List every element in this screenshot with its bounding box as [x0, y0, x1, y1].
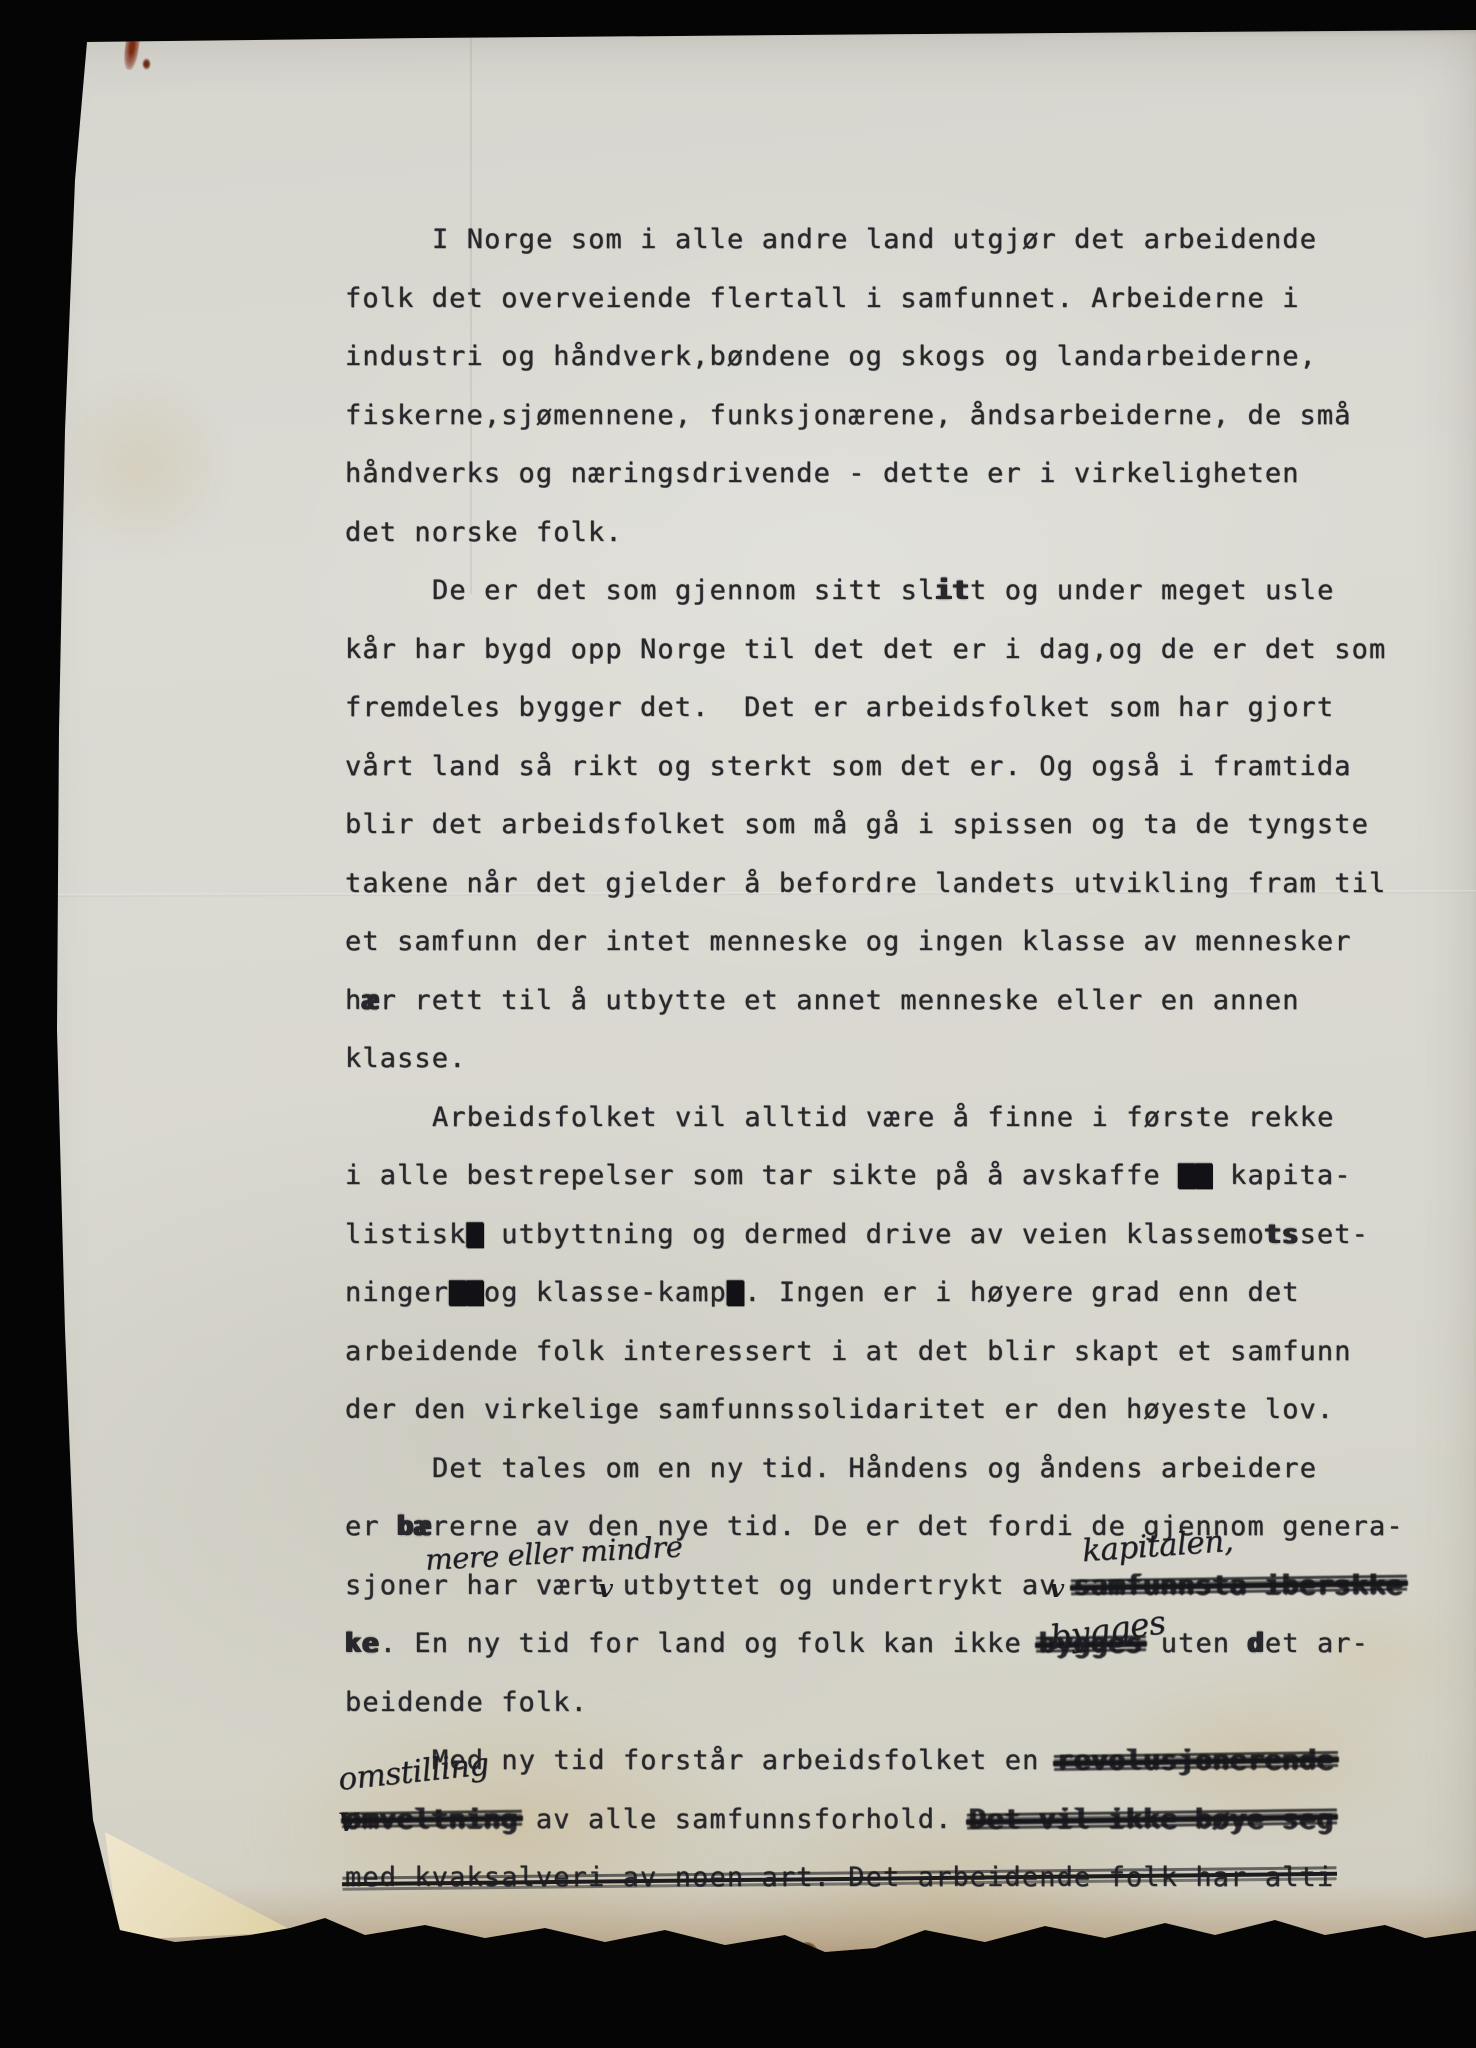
typed-segment: et ar- [1265, 1628, 1369, 1659]
typed-segment: blir det arbeidsfolket som må gå i spiss… [345, 809, 1369, 840]
typed-line: i alle bestrepelser som tar sikte på å a… [345, 1147, 1475, 1206]
typed-segment: fiskerne,sjømennene, funksjonærene, ånds… [345, 400, 1352, 431]
typed-line: der den virkelige samfunnssolidaritet er… [345, 1381, 1475, 1440]
typed-segment: fremdeles bygger det. Det er arbeidsfolk… [345, 692, 1334, 723]
typed-line: takene når det gjelder å befordre landet… [345, 855, 1475, 914]
typed-line: kår har bygd opp Norge til det det er i … [345, 621, 1475, 680]
typed-segment: De er det som gjennom sitt sl [432, 575, 935, 606]
typed-segment: utbyttning og dermed drive av veien klas… [484, 1219, 1265, 1250]
typed-segment: set- [1300, 1219, 1369, 1250]
typed-segment: . En ny tid for land og folk kan ikke [380, 1628, 1040, 1659]
typed-segment: sjoner har vært [345, 1570, 605, 1601]
paper-page: I Norge som i alle andre land utgjør det… [25, 30, 1476, 1980]
struck-sentence: med kvaksalveri av noen art. Det arbeide… [345, 1862, 1334, 1893]
ot-segment: ts [1265, 1219, 1300, 1250]
typed-segment: utbyttet og undertrykt av [605, 1570, 1056, 1601]
blot-segment: █ [727, 1271, 744, 1317]
illegible-struck-text: revolusjonerende [1057, 1745, 1335, 1776]
ot-segment: bæ [397, 1511, 432, 1542]
typed-segment: klasse. [345, 1043, 467, 1074]
struck-phrase: Det vil ikke bøye seg [970, 1804, 1334, 1835]
typed-line: Det tales om en ny tid. Håndens og ånden… [345, 1440, 1475, 1499]
typed-line: fremdeles bygger det. Det er arbeidsfolk… [345, 679, 1475, 738]
typed-line: det norske folk. [345, 504, 1475, 563]
paper-stain [45, 370, 235, 560]
typed-line: industri og håndverk,bøndene og skogs og… [345, 328, 1475, 387]
typed-segment: Det tales om en ny tid. Håndens og ånden… [432, 1453, 1317, 1484]
struck-word-omveltning: omveltning [345, 1804, 519, 1835]
typed-segment: er [345, 1511, 397, 1542]
typed-line: hær rett til å utbytte et annet menneske… [345, 972, 1475, 1031]
typed-segment: t og under meget usle [970, 575, 1334, 606]
typed-line: vårt land så rikt og sterkt som det er. … [345, 738, 1475, 797]
typed-line: klasse. [345, 1030, 1475, 1089]
typed-line: Vomveltning av alle samfunnsforhold. Det… [345, 1791, 1475, 1850]
red-ink-drip [142, 58, 151, 70]
blot-segment: █ [467, 1213, 484, 1259]
typed-segment: . Ingen er i høyere grad enn det [744, 1277, 1299, 1308]
torn-corner-fold [103, 1828, 298, 1943]
typed-text: I Norge som i alle andre land utgjør det… [345, 211, 1475, 1908]
typed-line: med kvaksalveri av noen art. Det arbeide… [345, 1849, 1475, 1908]
typed-segment: industri og håndverk,bøndene og skogs og… [345, 341, 1317, 372]
illegible-struck-text: samfunnsta iberskke [1074, 1570, 1404, 1601]
typed-segment: av alle samfunnsforhold. [519, 1804, 970, 1835]
typed-segment: kår har bygd opp Norge til det det er i … [345, 634, 1386, 665]
typed-segment: der den virkelige samfunnssolidaritet er… [345, 1394, 1334, 1425]
typed-segment: Med ny tid forstår arbeidsfolket en [432, 1745, 1057, 1776]
blot-segment: ██ [1178, 1154, 1213, 1200]
ot-segment: it [935, 575, 970, 606]
typed-segment: h [345, 985, 362, 1016]
typed-line: beidende folk. [345, 1674, 1475, 1733]
typed-line: listisk█ utbyttning og dermed drive av v… [345, 1206, 1475, 1265]
typed-segment: ninger [345, 1277, 449, 1308]
typed-segment: kapita- [1213, 1160, 1352, 1191]
typed-line: Med ny tid forstår arbeidsfolket en revo… [345, 1732, 1475, 1791]
typed-segment: og klasse-kamp [484, 1277, 727, 1308]
typed-line: et samfunn der intet menneske og ingen k… [345, 913, 1475, 972]
typed-line: Arbeidsfolket vil alltid være å finne i … [345, 1089, 1475, 1148]
typed-line: blir det arbeidsfolket som må gå i spiss… [345, 796, 1475, 855]
typed-segment: beidende folk. [345, 1687, 588, 1718]
ot-segment: æ [362, 985, 379, 1016]
blot-segment: ██ [449, 1271, 484, 1317]
typed-segment: listisk [345, 1219, 467, 1250]
typed-line: ninger██og klasse-kamp█. Ingen er i høye… [345, 1264, 1475, 1323]
typed-segment: Arbeidsfolket vil alltid være å finne i … [432, 1102, 1334, 1133]
typed-line: ke. En ny tid for land og folk kan ikke … [345, 1615, 1475, 1674]
typed-segment: takene når det gjelder å befordre landet… [345, 868, 1386, 899]
typed-segment: r rett til å utbytte et annet menneske e… [380, 985, 1300, 1016]
typed-line: håndverks og næringsdrivende - dette er … [345, 445, 1475, 504]
typed-line: arbeidende folk interessert i at det bli… [345, 1323, 1475, 1382]
typed-line: fiskerne,sjømennene, funksjonærene, ånds… [345, 387, 1475, 446]
typed-segment: folk det overveiende flertall i samfunne… [345, 283, 1300, 314]
typed-segment: i alle bestrepelser som tar sikte på å a… [345, 1160, 1178, 1191]
typed-line: folk det overveiende flertall i samfunne… [345, 270, 1475, 329]
ot-segment: d [1248, 1628, 1265, 1659]
typed-segment: arbeidende folk interessert i at det bli… [345, 1336, 1352, 1367]
typed-segment: et samfunn der intet menneske og ingen k… [345, 926, 1352, 957]
typed-segment: I Norge som i alle andre land utgjør det… [432, 224, 1317, 255]
typed-line: I Norge som i alle andre land utgjør det… [345, 211, 1475, 270]
ot-segment: ke [345, 1628, 380, 1659]
typed-line: De er det som gjennom sitt slitt og unde… [345, 562, 1475, 621]
typed-segment: håndverks og næringsdrivende - dette er … [345, 458, 1300, 489]
typed-segment: det norske folk. [345, 517, 623, 548]
typed-segment: vårt land så rikt og sterkt som det er. … [345, 751, 1352, 782]
